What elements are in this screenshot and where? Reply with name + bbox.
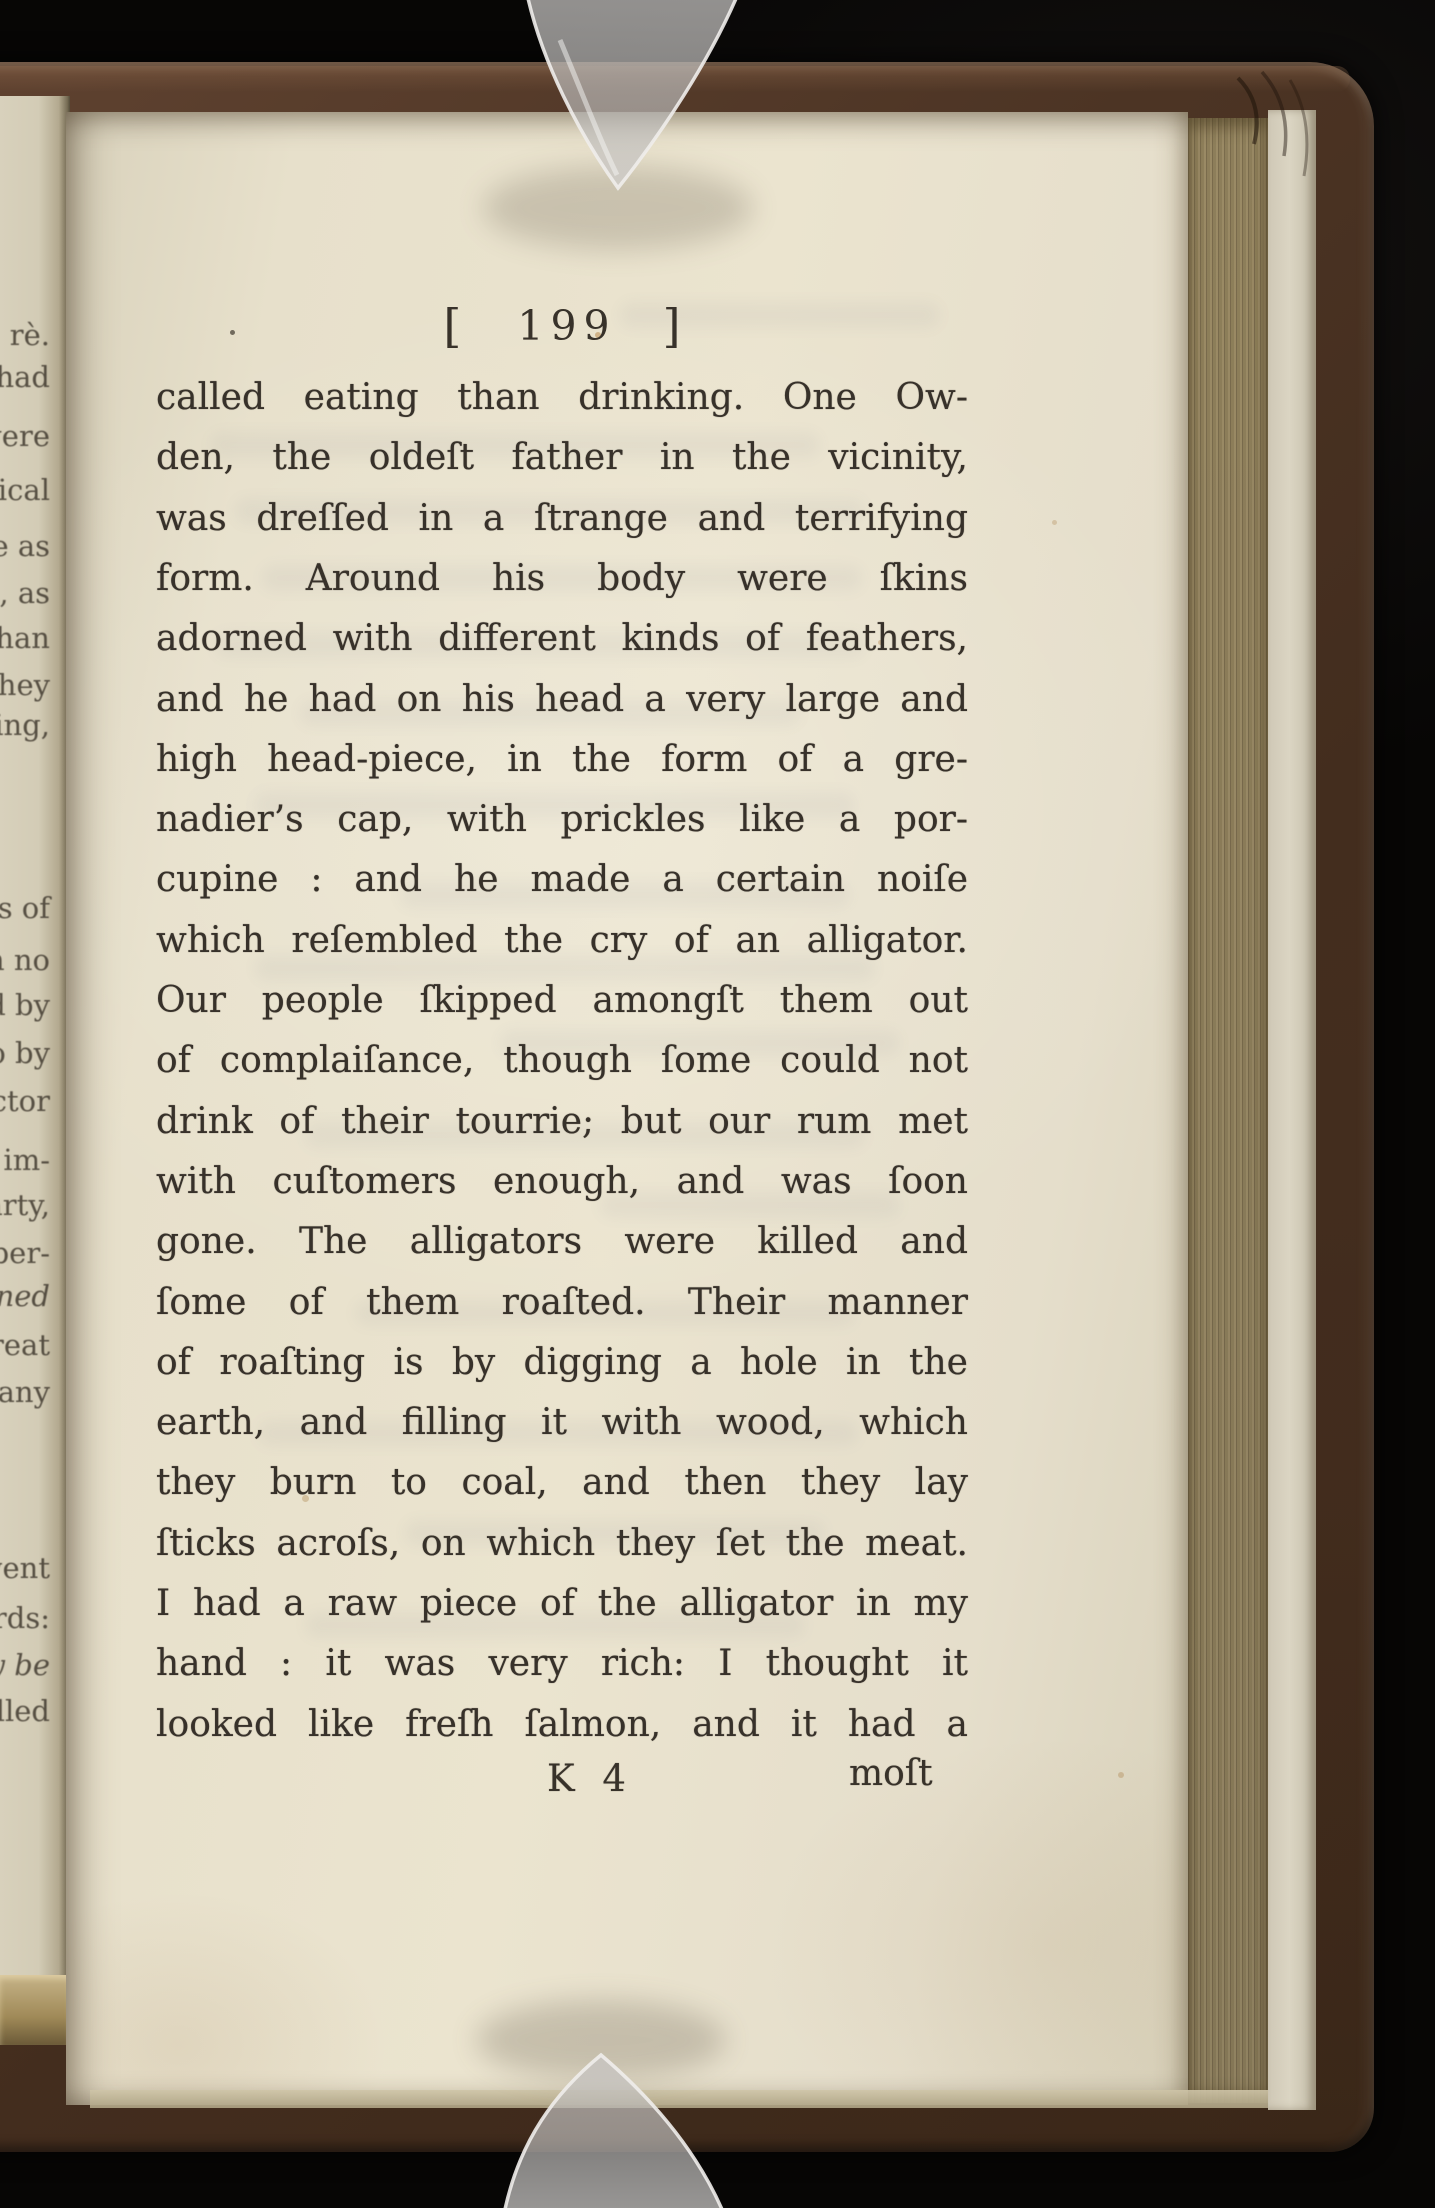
facing-page-fragment: rè. (10, 320, 50, 350)
facing-page-fragment: ſtly be (0, 1650, 50, 1680)
text-line: of complaiſance, though ſome could not (156, 1031, 968, 1091)
facing-page-fragment: party, (0, 1190, 50, 1220)
text-line: ſome of them roaſted. Their manner (156, 1273, 968, 1333)
facing-page-fragment: gourds: (0, 1603, 50, 1633)
facing-page-fragment: n no (0, 945, 50, 975)
endpaper-edge (1268, 110, 1316, 2110)
text-line: was dreſſed in a ſtrange and terrifying (156, 489, 968, 549)
text-line: with cuſtomers enough, and was ſoon (156, 1152, 968, 1212)
page-number: 199 (517, 300, 616, 352)
text-line: gone. The alligators were killed and (156, 1212, 968, 1272)
foxing-spot (1052, 520, 1057, 525)
cover-top-sheen (0, 66, 1350, 92)
text-line: called eating than drinking. One Ow- (156, 368, 968, 428)
facing-page-fragment: Doctor (0, 1086, 50, 1116)
facing-page-fragment: y im- (0, 1145, 50, 1175)
facing-page-fragment: e as (0, 531, 50, 561)
text-line: hand : it was very rich: I thought it (156, 1634, 968, 1694)
facing-page-fragment: t, as (0, 578, 50, 608)
page-stack-bottom-edge (90, 2090, 1268, 2108)
text-line: ſticks acroſs, on which they ſet the mea… (156, 1514, 968, 1574)
header-open-bracket: [ (443, 300, 461, 352)
signature-mark: K 4 (547, 1757, 626, 1800)
text-line: high head-piece, in the form of a gre- (156, 730, 968, 790)
ink-spot (230, 330, 235, 335)
text-line: cupine : and he made a certain noiſe (156, 850, 968, 910)
facing-page-fragment: many (0, 1377, 50, 1407)
facing-page-fragment: cing, (0, 710, 50, 740)
text-line: I had a raw piece of the alligator in my (156, 1574, 968, 1634)
text-line: Our people ſkipped amongſt them out (156, 971, 968, 1031)
facing-page-fragment: res of (0, 893, 50, 923)
text-line: of roaſting is by digging a hole in the (156, 1333, 968, 1393)
facing-page-fragment: ſical (0, 475, 50, 505)
facing-page-fragment: called (0, 1696, 50, 1726)
facing-page-fragment: ed by (0, 990, 50, 1020)
text-line: looked like freſh ſalmon, and it had a (156, 1695, 968, 1755)
text-line: nadier’s cap, with prickles like a por- (156, 790, 968, 850)
facing-page-fragment: n per- (0, 1238, 50, 1268)
page-header: [ 199 ] (156, 300, 968, 352)
facing-page-fragment: o by (0, 1038, 50, 1068)
book-photo: [ 199 ] called eating than drinking. One… (0, 0, 1435, 2208)
page-block-fore-edge (1186, 118, 1268, 2103)
text-line: form. Around his body were ſkins (156, 549, 968, 609)
text-line: earth, and filling it with wood, which (156, 1393, 968, 1453)
facing-page-fragment: great (0, 1330, 50, 1360)
text-line: which reſembled the cry of an alligator. (156, 911, 968, 971)
header-close-bracket: ] (663, 300, 681, 352)
facing-page-fragment: went (0, 1553, 50, 1583)
facing-page-fragment: They (0, 670, 50, 700)
facing-page-fragment: oined (0, 1281, 50, 1311)
text-line: adorned with different kinds of feathers… (156, 609, 968, 669)
foxing-spot (1118, 1772, 1124, 1778)
text-line: they burn to coal, and then they lay (156, 1453, 968, 1513)
body-text-lines: called eating than drinking. One Ow-den,… (156, 368, 968, 1788)
text-line: drink of their tourrie; but our rum met (156, 1092, 968, 1152)
facing-page-fragments: rè.hadwereſicale ast, ashanTheycing,res … (0, 0, 58, 2208)
text-line: and he had on his head a very large and (156, 670, 968, 730)
facing-page-fragment: had (0, 362, 50, 392)
facing-page-fragment: han (0, 623, 50, 653)
catchword: moſt (849, 1753, 933, 1794)
facing-page-fragment: were (0, 421, 50, 451)
text-line: den, the oldeſt father in the vicinity, (156, 428, 968, 488)
